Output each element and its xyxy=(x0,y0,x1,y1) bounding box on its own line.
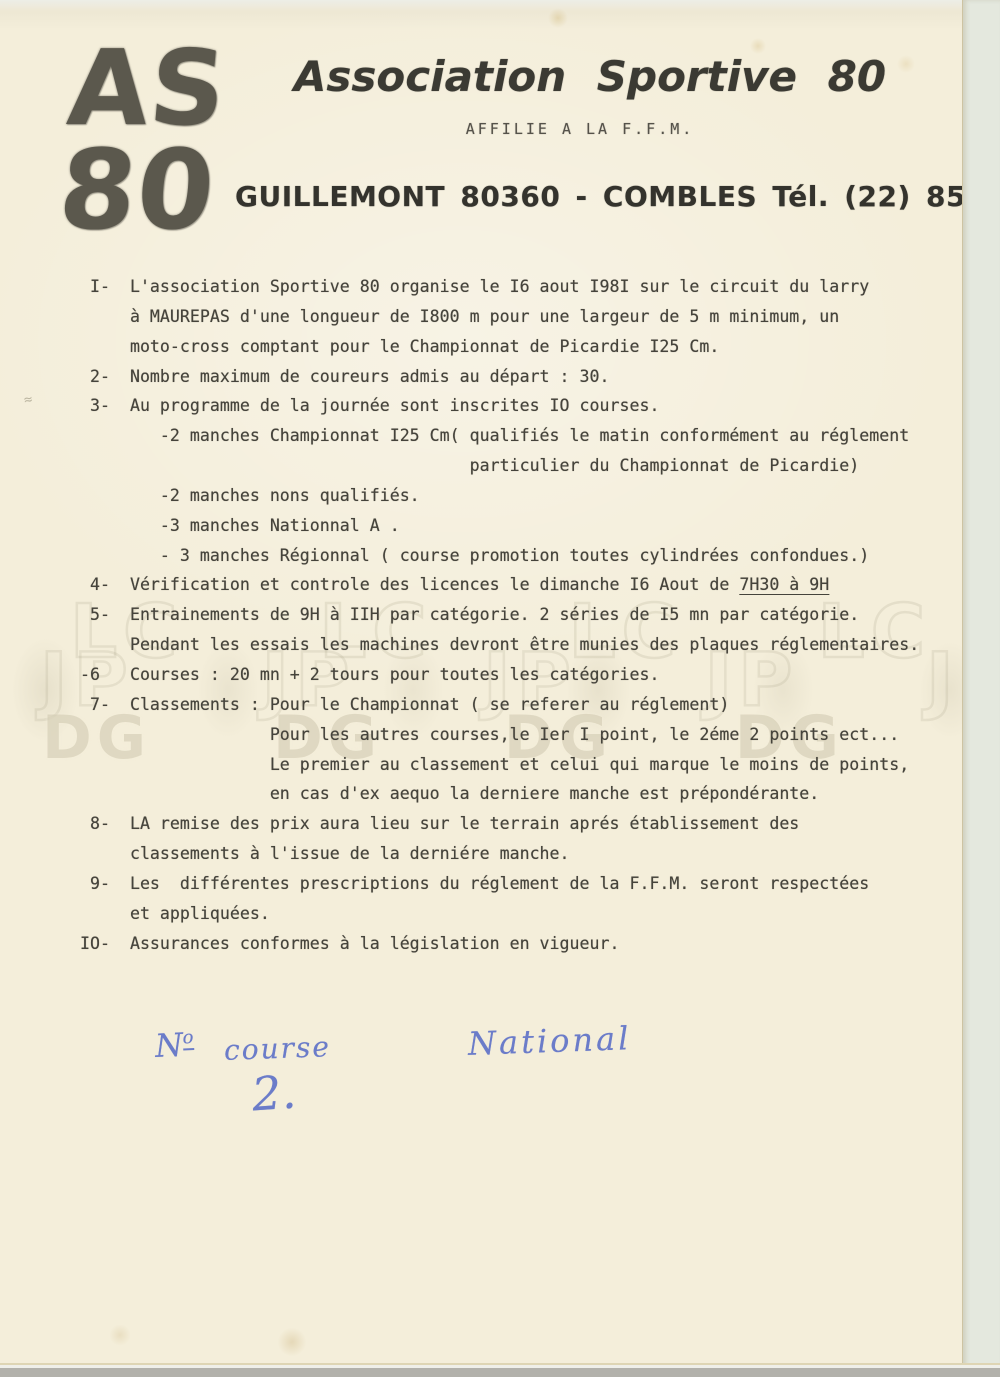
handwritten-race-number-label: No xyxy=(154,1025,195,1065)
affiliation-line: AFFILIE A LA F.F.M. xyxy=(290,120,870,138)
line-text: Le premier au classement et celui qui ma… xyxy=(80,755,909,774)
document-line: et appliquées. xyxy=(80,899,980,929)
line-text: Pendant les essais les machines devront … xyxy=(80,635,919,654)
document-line: Le premier au classement et celui qui ma… xyxy=(80,750,980,780)
document-line: 8- LA remise des prix aura lieu sur le t… xyxy=(80,809,980,839)
club-logo-line2: 80 xyxy=(56,145,244,235)
document-line: classements à l'issue de la derniére man… xyxy=(80,839,980,869)
document-line: Pendant les essais les machines devront … xyxy=(80,630,980,660)
handwritten-race-number: 2. xyxy=(250,1065,298,1122)
scan-edge-bottom xyxy=(0,1363,1000,1377)
handwritten-course-label: course xyxy=(223,1030,331,1067)
scan-edge-top xyxy=(0,0,963,11)
document-line: 2- Nombre maximum de coureurs admis au d… xyxy=(80,362,980,392)
document-line: -2 manches nons qualifiés. xyxy=(80,481,980,511)
paper-sheet: LC LC LC LC LC JP JP JP JP JP DG DG DG D… xyxy=(0,0,963,1363)
document-line: -3 manches Nationnal A . xyxy=(80,511,980,541)
document-line: IO- Assurances conformes à la législatio… xyxy=(80,929,980,959)
line-text: -3 manches Nationnal A . xyxy=(80,516,400,535)
line-text: 3- Au programme de la journée sont inscr… xyxy=(80,396,659,415)
line-text: Pour les autres courses,le Ier I point, … xyxy=(80,725,899,744)
line-text: particulier du Championnat de Picardie) xyxy=(80,456,859,475)
document-line: en cas d'ex aequo la derniere manche est… xyxy=(80,779,980,809)
line-text: 2- Nombre maximum de coureurs admis au d… xyxy=(80,367,610,386)
line-text: -2 manches Championnat I25 Cm( qualifiés… xyxy=(80,426,909,445)
document-line: -6 Courses : 20 mn + 2 tours pour toutes… xyxy=(80,660,980,690)
line-text: 5- Entrainements de 9H à IIH par catégor… xyxy=(80,605,859,624)
document-line: 5- Entrainements de 9H à IIH par catégor… xyxy=(80,600,980,630)
line-text: classements à l'issue de la derniére man… xyxy=(80,844,570,863)
line-text: 4- Vérification et controle des licences… xyxy=(80,575,739,594)
club-logo-line1: AS xyxy=(65,46,252,131)
line-text: 7- Classements : Pour le Championnat ( s… xyxy=(80,695,729,714)
handwritten-n: N xyxy=(154,1026,184,1065)
line-underlined-text: 7H30 à 9H xyxy=(739,575,829,594)
document-line: moto-cross comptant pour le Championnat … xyxy=(80,332,980,362)
document-line: particulier du Championnat de Picardie) xyxy=(80,451,980,481)
line-text: 9- Les différentes prescriptions du régl… xyxy=(80,874,869,893)
line-text: en cas d'ex aequo la derniere manche est… xyxy=(80,784,819,803)
line-text: -2 manches nons qualifiés. xyxy=(80,486,420,505)
page-title: Association Sportive 80 xyxy=(290,52,890,101)
handwritten-n-sup: o xyxy=(182,1027,194,1051)
line-text: -6 Courses : 20 mn + 2 tours pour toutes… xyxy=(80,665,659,684)
line-text: IO- Assurances conformes à la législatio… xyxy=(80,934,619,953)
document-line: - 3 manches Régionnal ( course promotion… xyxy=(80,541,980,571)
address-line: GUILLEMONT 80360 - COMBLES Tél. (22) 85 … xyxy=(235,180,935,213)
document-line: 9- Les différentes prescriptions du régl… xyxy=(80,869,980,899)
handwritten-category: National xyxy=(467,1019,632,1063)
line-text: 8- LA remise des prix aura lieu sur le t… xyxy=(80,814,799,833)
document-body: I- L'association Sportive 80 organise le… xyxy=(80,272,980,958)
document-line: I- L'association Sportive 80 organise le… xyxy=(80,272,980,302)
margin-mark: ≈ xyxy=(23,391,34,408)
line-text: moto-cross comptant pour le Championnat … xyxy=(80,337,719,356)
scan-edge-right xyxy=(962,0,1000,1377)
document-line: 3- Au programme de la journée sont inscr… xyxy=(80,391,980,421)
club-logo: AS 80 xyxy=(56,46,253,235)
line-text: à MAUREPAS d'une longueur de I800 m pour… xyxy=(80,307,839,326)
document-line: 7- Classements : Pour le Championnat ( s… xyxy=(80,690,980,720)
document-line: -2 manches Championnat I25 Cm( qualifiés… xyxy=(80,421,980,451)
line-text: - 3 manches Régionnal ( course promotion… xyxy=(80,546,869,565)
document-line: Pour les autres courses,le Ier I point, … xyxy=(80,720,980,750)
document-line: à MAUREPAS d'une longueur de I800 m pour… xyxy=(80,302,980,332)
line-text: I- L'association Sportive 80 organise le… xyxy=(80,277,869,296)
line-text: et appliquées. xyxy=(80,904,270,923)
document-line: 4- Vérification et controle des licences… xyxy=(80,570,980,600)
